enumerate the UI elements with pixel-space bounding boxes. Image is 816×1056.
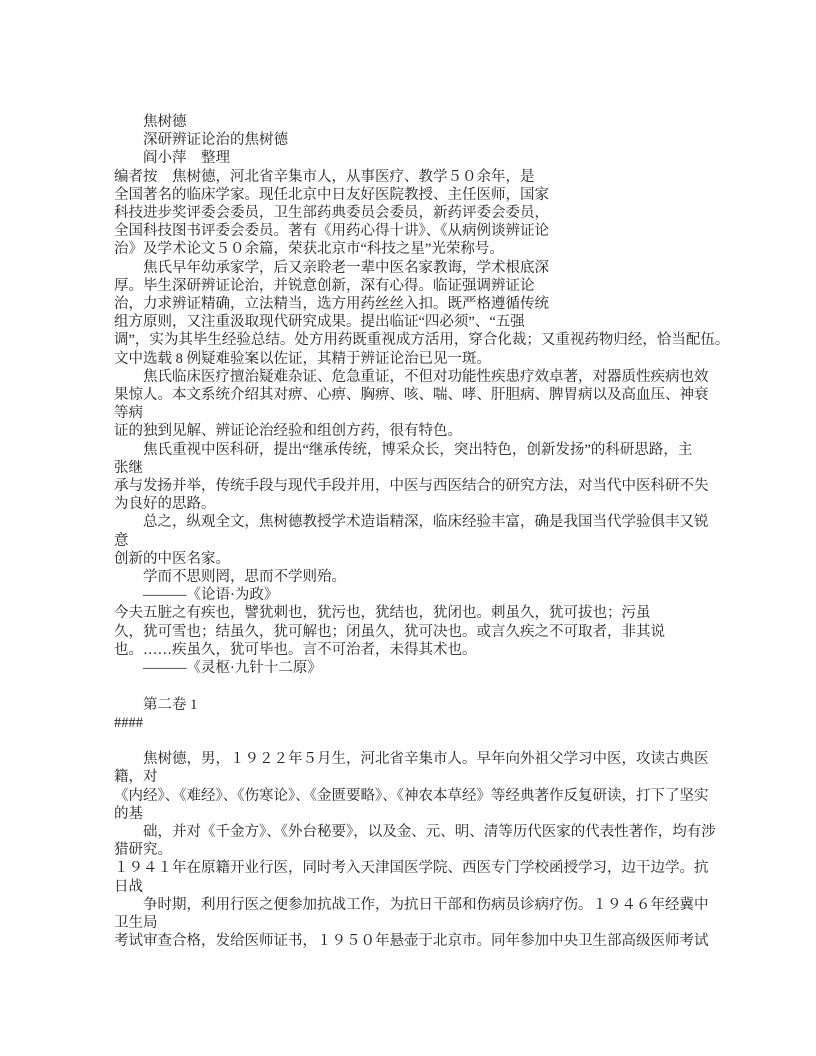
text-line: #### [114,714,774,732]
text-line: ———《灵枢·九针十二原》 [114,659,774,677]
text-line: 也。……疾虽久，犹可毕也。言不可治者，未得其术也。 [114,641,774,659]
text-line: 深研辨证论治的焦树德 [114,131,774,149]
text-line: 意 [114,532,774,550]
text-line: 卫生局 [114,914,774,932]
text-line: 文中选载 8 例疑难验案以佐证，其精于辨证论治已见一斑。 [114,350,774,368]
text-line: 阎小萍 整理 [114,149,774,167]
text-line: 第二卷 1 [114,696,774,714]
text-line: 全国著名的临床学家。现任北京中日友好医院教授、主任医师，国家 [114,186,774,204]
text-line: 治，力求辨证精确，立法精当，选方用药丝丝入扣。既严格遵循传统 [114,295,774,313]
text-line: 果惊人。本文系统介绍其对痹、心痹、胸痹、咳、喘、哮、肝胆病、脾胃病以及高血压、神… [114,386,774,404]
text-line: 编者按 焦树德，河北省辛集市人，从事医疗、教学５０余年，是 [114,168,774,186]
text-line: 焦树德，男，１９２２年５月生，河北省辛集市人。早年向外祖父学习中医，攻读古典医 [114,750,774,768]
text-line: 等病 [114,404,774,422]
text-line: 日战 [114,878,774,896]
text-line: 全国科技图书评委会委员。著有《用药心得十讲》、《从病例谈辨证论 [114,222,774,240]
text-line: ———《论语·为政》 [114,586,774,604]
text-line: 的基 [114,805,774,823]
text-line [114,732,774,750]
text-line: 今夫五脏之有疾也，譬犹刺也，犹污也，犹结也，犹闭也。刺虽久，犹可拔也；污虽 [114,604,774,622]
text-line [114,677,774,695]
text-line: 焦氏重视中医科研，提出“继承传统，博采众长，突出特色，创新发扬”的科研思路，主 [114,441,774,459]
text-line: 久，犹可雪也；结虽久，犹可解也；闭虽久，犹可决也。或言久疾之不可取者，非其说 [114,623,774,641]
text-line: 厚。毕生深研辨证论治，并锐意创新，深有心得。临证强调辨证论 [114,277,774,295]
text-line: 总之，纵观全文，焦树德教授学术造诣精深，临床经验丰富，确是我国当代学验俱丰又锐 [114,513,774,531]
text-line: 调”，实为其毕生经验总结。处方用药既重视成方活用，穿合化裁；又重视药物归经，恰当… [114,331,774,349]
text-line: 争时期，利用行医之便参加抗战工作，为抗日干部和伤病员诊病疗伤。１９４６年经冀中 [114,896,774,914]
text-line: 焦氏临床医疗擅治疑难杂证、危急重证，不但对功能性疾患疗效卓著，对器质性疾病也效 [114,368,774,386]
text-line: 学而不思则罔，思而不学则殆。 [114,568,774,586]
text-line: 考试审查合格，发给医师证书，１９５０年悬壶于北京市。同年参加中央卫生部高级医师考… [114,932,774,950]
text-line: 科技进步奖评委会委员，卫生部药典委员会委员，新药评委会委员， [114,204,774,222]
text-line: 为良好的思路。 [114,495,774,513]
text-line: 猎研究。 [114,841,774,859]
text-line: 《内经》、《难经》、《伤寒论》、《金匮要略》、《神农本草经》等经典著作反复研读，… [114,787,774,805]
text-line: 础，并对《千金方》、《外台秘要》，以及金、元、明、清等历代医家的代表性著作，均有… [114,823,774,841]
text-line: 承与发扬并举，传统手段与现代手段并用，中医与西医结合的研究方法，对当代中医科研不… [114,477,774,495]
document-page: 焦树德深研辨证论治的焦树德阎小萍 整理编者按 焦树德，河北省辛集市人，从事医疗、… [0,0,816,1056]
text-line: 籍，对 [114,768,774,786]
text-line: 张继 [114,459,774,477]
text-line: 治》及学术论文５０余篇，荣获北京市“科技之星”光荣称号。 [114,240,774,258]
text-line: 证的独到见解、辨证论治经验和组创方药，很有特色。 [114,422,774,440]
text-line: 创新的中医名家。 [114,550,774,568]
text-line: １９４１年在原籍开业行医，同时考入天津国医学院、西医专门学校函授学习，边干边学。… [114,859,774,877]
document-body: 焦树德深研辨证论治的焦树德阎小萍 整理编者按 焦树德，河北省辛集市人，从事医疗、… [114,113,774,950]
text-line: 焦树德 [114,113,774,131]
text-line: 组方原则，又注重汲取现代研究成果。提出临证“四必须”、“五强 [114,313,774,331]
text-line: 焦氏早年幼承家学，后又亲聆老一辈中医名家教诲，学术根底深 [114,259,774,277]
